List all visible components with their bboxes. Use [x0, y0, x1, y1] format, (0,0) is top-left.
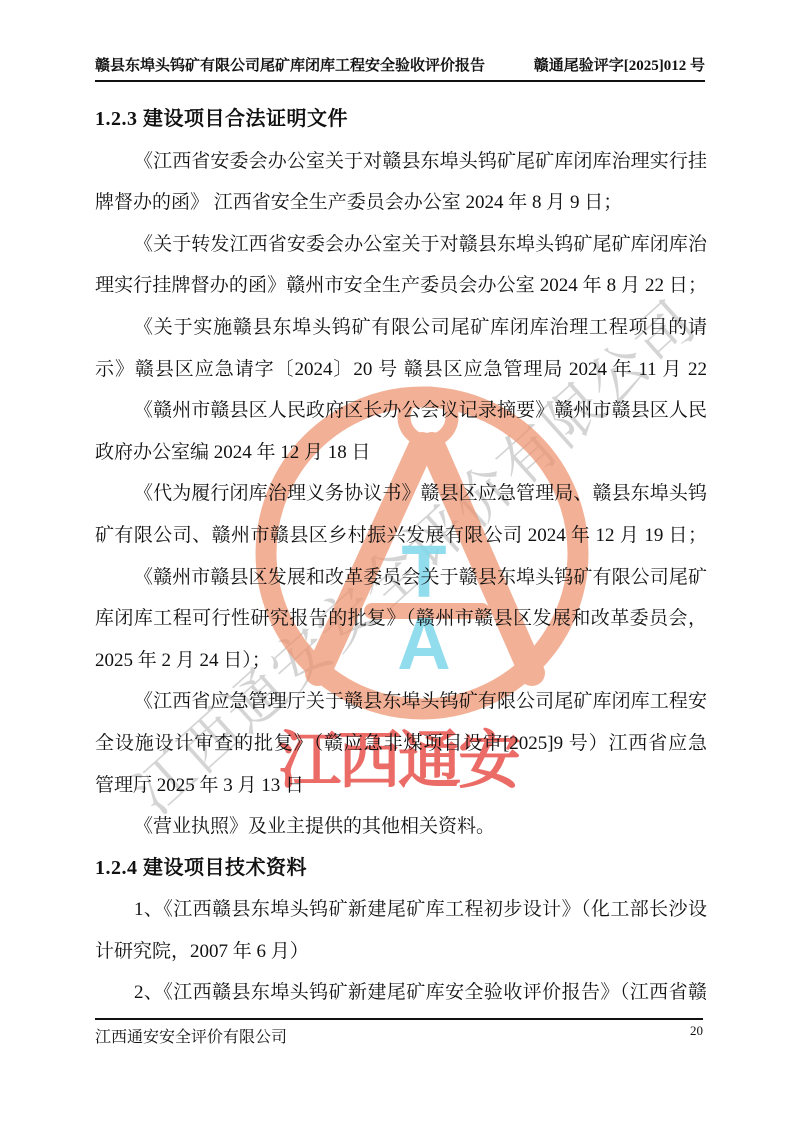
- body-line: 2、《江西赣县东埠头钨矿新建尾矿库安全验收评价报告》（江西省赣: [95, 972, 707, 1014]
- body-line: 《营业执照》及业主提供的其他相关资料。: [95, 806, 707, 848]
- header-report-title: 赣县东埠头钨矿有限公司尾矿库闭库工程安全验收评价报告: [95, 54, 485, 75]
- section-heading: 1.2.3 建设项目合法证明文件: [95, 99, 707, 141]
- body-line: 《赣州市赣县区发展和改革委员会关于赣县东埠头钨矿有限公司尾矿: [95, 557, 707, 599]
- body-line: 理实行挂牌督办的函》赣州市安全生产委员会办公室 2024 年 8 月 22 日；: [95, 265, 707, 307]
- body-line: 《关于实施赣县东埠头钨矿有限公司尾矿库闭库治理工程项目的请: [95, 307, 707, 349]
- body-line: 《关于转发江西省安委会办公室关于对赣县东埠头钨矿尾矿库闭库治: [95, 224, 707, 266]
- page-header: 赣县东埠头钨矿有限公司尾矿库闭库工程安全验收评价报告 赣通尾验评字[2025]0…: [95, 54, 705, 82]
- body-line: 《赣州市赣县区人民政府区长办公会议记录摘要》赣州市赣县区人民: [95, 390, 707, 432]
- header-doc-number: 赣通尾验评字[2025]012 号: [534, 54, 705, 75]
- body-line: 2025 年 2 月 24 日）；: [95, 640, 707, 682]
- body-line: 1、《江西赣县东埠头钨矿新建尾矿库工程初步设计》（化工部长沙设: [95, 889, 707, 931]
- footer-company: 江西通安安全评价有限公司: [95, 1024, 287, 1047]
- body-line: 库闭库工程可行性研究报告的批复》（赣州市赣县区发展和改革委员会，: [95, 598, 707, 640]
- body-line: 《代为履行闭库治理义务协议书》赣县区应急管理局、赣县东埠头钨: [95, 473, 707, 515]
- document-page: 江西通安安全评价有限公司 T A 江西通安 赣县东埠头钨矿有限公司尾矿库闭库工程…: [0, 0, 793, 1122]
- section-heading: 1.2.4 建设项目技术资料: [95, 848, 707, 890]
- body-line: 《江西省应急管理厅关于赣县东埠头钨矿有限公司尾矿库闭库工程安: [95, 681, 707, 723]
- page-footer: 江西通安安全评价有限公司 20: [95, 1018, 703, 1047]
- body-line: 示》赣县区应急请字〔2024〕20 号 赣县区应急管理局 2024 年 11 月…: [95, 349, 707, 391]
- document-body: 1.2.3 建设项目合法证明文件《江西省安委会办公室关于对赣县东埠头钨矿尾矿库闭…: [95, 99, 707, 1014]
- body-line: 全设施设计审查的批复》（赣应急非煤项目设审[2025]9 号）江西省应急: [95, 723, 707, 765]
- body-line: 《江西省安委会办公室关于对赣县东埠头钨矿尾矿库闭库治理实行挂: [95, 141, 707, 183]
- body-line: 计研究院，2007 年 6 月）: [95, 931, 707, 973]
- body-line: 政府办公室编 2024 年 12 月 18 日: [95, 432, 707, 474]
- body-line: 管理厅 2025 年 3 月 13 日: [95, 765, 707, 807]
- body-line: 矿有限公司、赣州市赣县区乡村振兴发展有限公司 2024 年 12 月 19 日；: [95, 515, 707, 557]
- page-number: 20: [690, 1023, 703, 1039]
- body-line: 牌督办的函》 江西省安全生产委员会办公室 2024 年 8 月 9 日；: [95, 182, 707, 224]
